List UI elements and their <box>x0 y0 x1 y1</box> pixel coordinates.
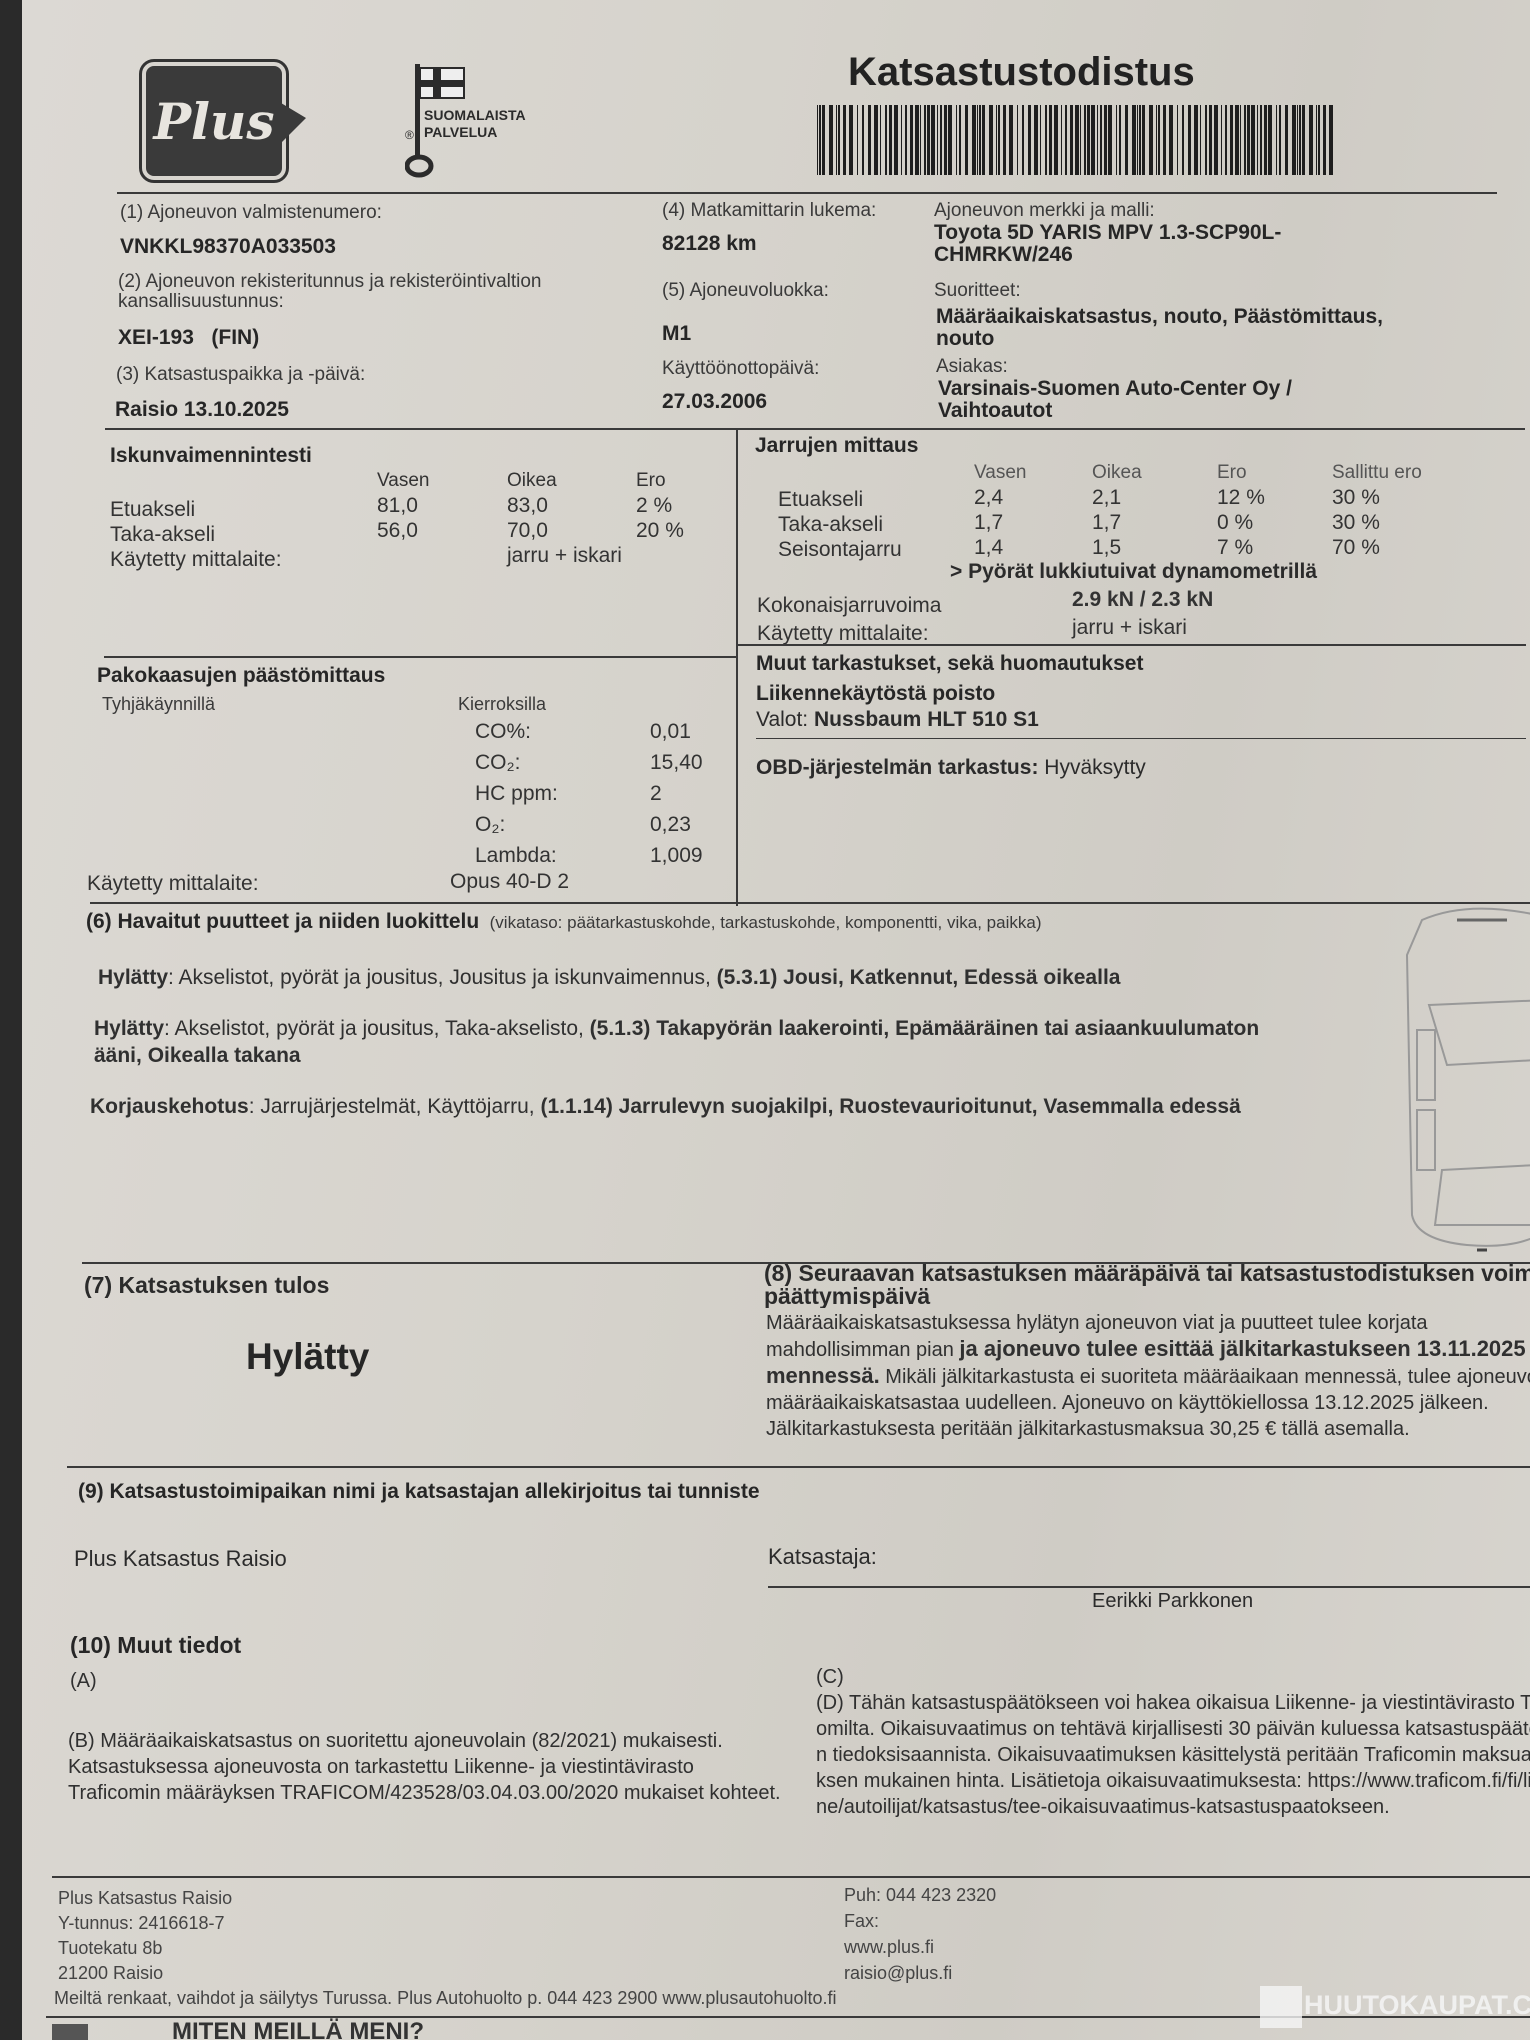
divider <box>756 738 1526 739</box>
shock-right-value: 70,0 <box>507 519 548 543</box>
survey-text: MITEN MEILLÄ MENI? <box>172 2018 424 2040</box>
document-title: Katsastustodistus <box>848 50 1195 95</box>
divider <box>52 1876 1530 1878</box>
brake-column-header: Oikea <box>1092 462 1142 484</box>
make-label: Ajoneuvon merkki ja malli: <box>934 200 1155 222</box>
footer-address: Plus Katsastus Raisio Y-tunnus: 2416618-… <box>58 1886 232 1986</box>
brake-left-value: 1,7 <box>974 511 1003 535</box>
brake-note: > Pyörät lukkiutuivat dynamometrillä <box>950 560 1317 584</box>
brake-row-label: Etuakseli <box>778 488 863 512</box>
place-label: (3) Katsastuspaikka ja -päivä: <box>116 364 365 386</box>
intro-date-value: 27.03.2006 <box>662 390 767 414</box>
footer-ad: Meiltä renkaat, vaihdot ja säilytys Turu… <box>54 1988 836 2009</box>
plus-logo-tail <box>276 100 306 148</box>
make-value: Toyota 5D YARIS MPV 1.3-SCP90L- CHMRKW/2… <box>934 222 1281 266</box>
emission-value: 15,40 <box>650 751 703 775</box>
emission-label: O₂: <box>475 813 505 837</box>
defect-item: Hylätty: Akselistot, pyörät ja jousitus,… <box>98 964 1294 991</box>
inspection-certificate: Plus ® SUOMALAISTA PALVELUA Katsastustod… <box>22 0 1530 2040</box>
watermark-cube-icon <box>1260 1986 1302 2028</box>
other-checks-line: Liikennekäytöstä poisto <box>756 682 995 706</box>
shock-diff-value: 2 % <box>636 494 672 518</box>
odometer-label: (4) Matkamittarin lukema: <box>662 200 876 222</box>
emission-label: CO₂: <box>475 751 521 775</box>
total-brake-value: 2.9 kN / 2.3 kN <box>1072 588 1213 612</box>
next-inspection-title: (8) Seuraavan katsastuksen määräpäivä ta… <box>764 1262 1530 1308</box>
shock-device-value: jarru + iskari <box>507 544 622 568</box>
other-info-c: (C) <box>816 1664 844 1690</box>
brake-right-value: 1,5 <box>1092 536 1121 560</box>
brake-device-label: Käytetty mittalaite: <box>757 622 929 646</box>
shock-left-value: 56,0 <box>377 519 418 543</box>
divider <box>90 902 1530 904</box>
shock-row-label: Etuakseli <box>110 498 195 522</box>
shock-left-value: 81,0 <box>377 494 418 518</box>
brake-right-value: 1,7 <box>1092 511 1121 535</box>
defect-item: Hylätty: Akselistot, pyörät ja jousitus,… <box>94 1015 1294 1069</box>
reg-label: (2) Ajoneuvon rekisteritunnus ja rekiste… <box>118 272 618 312</box>
idle-label: Tyhjäkäynnillä <box>102 694 215 715</box>
emission-value: 2 <box>650 782 662 806</box>
class-value: M1 <box>662 322 691 346</box>
other-info-title: (10) Muut tiedot <box>70 1632 241 1659</box>
column-divider <box>736 428 738 906</box>
footer-contact: Puh: 044 423 2320 Fax: www.plus.fi raisi… <box>844 1882 996 1986</box>
total-brake-label: Kokonaisjarruvoima <box>757 594 941 618</box>
station-name: Plus Katsastus Raisio <box>74 1546 287 1572</box>
inspector-name: Eerikki Parkkonen <box>1092 1590 1253 1613</box>
other-info-d: (D) Tähän katsastuspäätökseen voi hakea … <box>816 1690 1530 1820</box>
qr-code-icon <box>52 2024 88 2040</box>
other-checks-title: Muut tarkastukset, sekä huomautukset <box>756 652 1143 676</box>
place-value: Raisio 13.10.2025 <box>115 398 289 422</box>
customer-label: Asiakas: <box>936 356 1008 378</box>
shock-column-header: Oikea <box>507 470 557 492</box>
divider <box>104 656 738 658</box>
result-value: Hylätty <box>246 1336 369 1378</box>
brake-left-value: 2,4 <box>974 486 1003 510</box>
shock-column-header: Ero <box>636 470 666 492</box>
brake-allowed-value: 30 % <box>1332 511 1380 535</box>
brake-test-title: Jarrujen mittaus <box>755 434 918 458</box>
registered-mark: ® <box>405 128 414 142</box>
signature-line <box>768 1586 1530 1588</box>
defects-list: Hylätty: Akselistot, pyörät ja jousitus,… <box>74 964 1294 1144</box>
divider <box>105 428 1525 430</box>
vin-label: (1) Ajoneuvon valmistenumero: <box>120 202 382 224</box>
shock-diff-value: 20 % <box>636 519 684 543</box>
emissions-device-label: Käytetty mittalaite: <box>87 872 259 896</box>
lights-row: Valot: Nussbaum HLT 510 S1 <box>756 708 1039 732</box>
car-diagram-icon <box>1387 895 1530 1255</box>
barcode <box>817 105 1337 180</box>
emission-value: 0,01 <box>650 720 691 744</box>
reg-value: XEI-193 (FIN) <box>118 326 259 350</box>
other-info-a: (A) <box>70 1668 97 1694</box>
rpm-label: Kierroksilla <box>458 694 546 715</box>
defects-header: (6) Havaitut puutteet ja niiden luokitte… <box>86 910 1042 934</box>
brake-column-header: Vasen <box>974 462 1026 484</box>
brake-right-value: 2,1 <box>1092 486 1121 510</box>
emission-value: 1,009 <box>650 844 703 868</box>
divider <box>736 644 1526 646</box>
watermark: HUUTOKAUPAT.COM <box>1304 1990 1530 2021</box>
brake-diff-value: 7 % <box>1217 536 1253 560</box>
brake-diff-value: 0 % <box>1217 511 1253 535</box>
shock-right-value: 83,0 <box>507 494 548 518</box>
emission-label: HC ppm: <box>475 782 558 806</box>
class-label: (5) Ajoneuvoluokka: <box>662 280 829 302</box>
obd-row: OBD-järjestelmän tarkastus: Hyväksytty <box>756 756 1146 780</box>
shock-test-title: Iskunvaimennintesti <box>110 444 312 468</box>
brake-column-header: Sallittu ero <box>1332 462 1422 484</box>
odometer-value: 82128 km <box>662 232 757 256</box>
brake-row-label: Seisontajarru <box>778 538 902 562</box>
brake-device-value: jarru + iskari <box>1072 616 1187 640</box>
emission-label: Lambda: <box>475 844 557 868</box>
defect-item: Korjauskehotus: Jarrujärjestelmät, Käytt… <box>90 1093 1294 1120</box>
result-title: (7) Katsastuksen tulos <box>84 1272 329 1299</box>
inspector-label: Katsastaja: <box>768 1544 877 1570</box>
emission-value: 0,23 <box>650 813 691 837</box>
emissions-device-value: Opus 40-D 2 <box>450 870 569 894</box>
signature-title: (9) Katsastustoimipaikan nimi ja katsast… <box>78 1480 760 1504</box>
brake-allowed-value: 70 % <box>1332 536 1380 560</box>
shock-device-label: Käytetty mittalaite: <box>110 548 282 572</box>
shock-column-header: Vasen <box>377 470 429 492</box>
website-link[interactable]: www.plus.fi <box>844 1934 996 1960</box>
vin-value: VNKKL98370A033503 <box>120 235 336 259</box>
email-link[interactable]: raisio@plus.fi <box>844 1960 996 1986</box>
services-value: Määräaikaiskatsastus, nouto, Päästömitta… <box>936 306 1383 350</box>
brake-left-value: 1,4 <box>974 536 1003 560</box>
brake-column-header: Ero <box>1217 462 1247 484</box>
brake-diff-value: 12 % <box>1217 486 1265 510</box>
services-label: Suoritteet: <box>934 280 1021 302</box>
brake-row-label: Taka-akseli <box>778 513 883 537</box>
customer-value: Varsinais-Suomen Auto-Center Oy / Vaihto… <box>938 378 1292 422</box>
divider <box>117 192 1497 194</box>
plus-logo: Plus <box>142 62 286 180</box>
divider <box>67 1466 1530 1468</box>
emission-label: CO%: <box>475 720 531 744</box>
other-info-b: (B) Määräaikaiskatsastus on suoritettu a… <box>68 1728 788 1806</box>
intro-date-label: Käyttöönottopäivä: <box>662 358 819 380</box>
next-inspection-text: Määräaikaiskatsastuksessa hylätyn ajoneu… <box>766 1310 1530 1442</box>
emissions-title: Pakokaasujen päästömittaus <box>97 664 385 688</box>
key-flag-text: SUOMALAISTA PALVELUA <box>424 107 526 141</box>
brake-allowed-value: 30 % <box>1332 486 1380 510</box>
shock-row-label: Taka-akseli <box>110 523 215 547</box>
